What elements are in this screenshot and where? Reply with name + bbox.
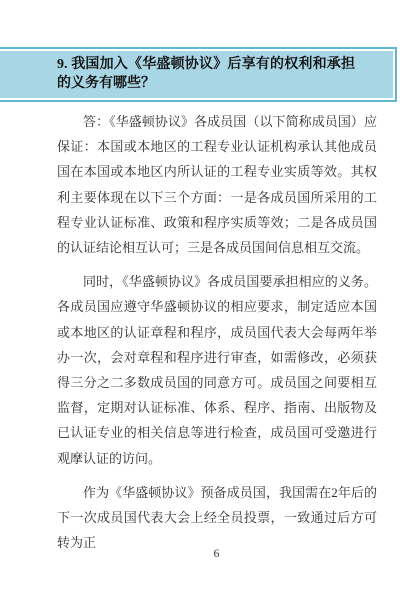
answer-body: 答：《华盛顿协议》各成员国（以下简称成员国）应保证：本国或本地区的工程专业认证机… (57, 109, 377, 564)
answer-paragraph-3: 作为《华盛顿协议》预备成员国，我国需在2年后的下一次成员国代表大会上经全员投票，… (57, 480, 377, 556)
question-box: 9. 我国加入《华盛顿协议》后享有的权利和承担的义务有哪些？ (0, 47, 397, 102)
answer-paragraph-1: 答：《华盛顿协议》各成员国（以下简称成员国）应保证：本国或本地区的工程专业认证机… (57, 109, 377, 260)
question-box-fill: 9. 我国加入《华盛顿协议》后享有的权利和承担的义务有哪些？ (0, 51, 393, 98)
answer-paragraph-2: 同时，《华盛顿协议》各成员国要承担相应的义务。各成员国应遵守华盛顿协议的相应要求… (57, 269, 377, 471)
question-text: 9. 我国加入《华盛顿协议》后享有的权利和承担的义务有哪些？ (57, 57, 355, 91)
page-number: 6 (30, 546, 403, 561)
document-page: 9. 我国加入《华盛顿协议》后享有的权利和承担的义务有哪些？ 答：《华盛顿协议》… (0, 0, 403, 604)
